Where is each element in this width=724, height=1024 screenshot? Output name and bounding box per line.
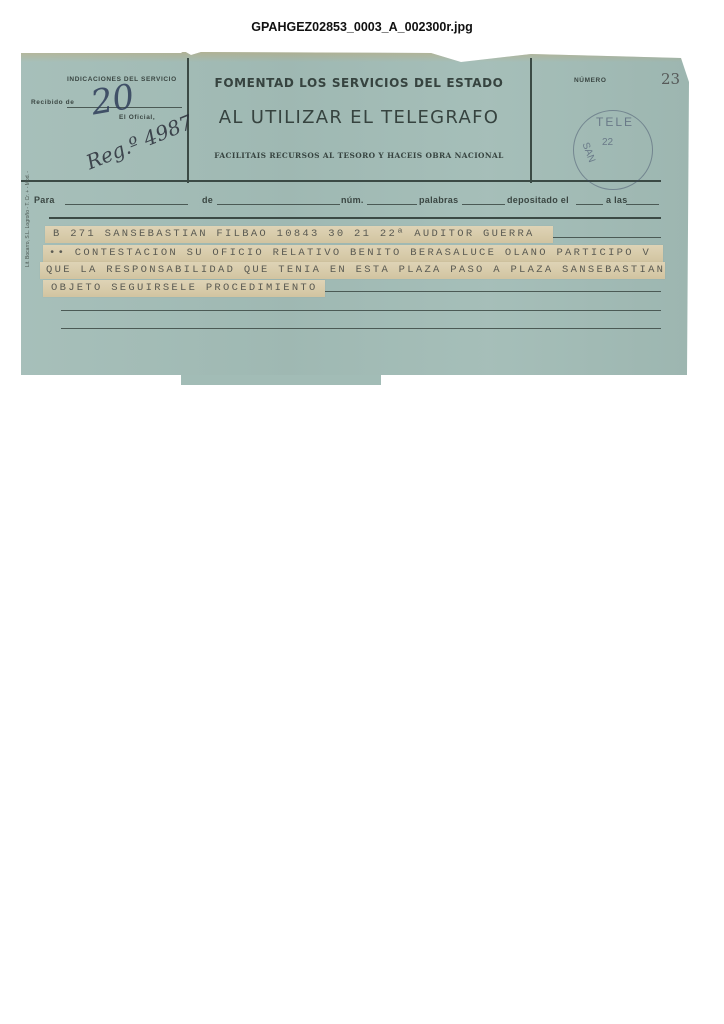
- header-line-1: FOMENTAD LOS SERVICIOS DEL ESTADO: [189, 76, 529, 90]
- depositado-line: [576, 204, 603, 205]
- message-rule-6: [61, 310, 661, 311]
- de-label: de: [202, 195, 213, 205]
- message-line-3: QUE LA RESPONSABILIDAD QUE TENIA EN ESTA…: [46, 264, 665, 276]
- a-las-label: a las: [606, 195, 628, 205]
- num-label: núm.: [341, 195, 364, 205]
- message-tape-4: OBJETO SEGUIRSELE PROCEDIMIENTO: [43, 280, 325, 297]
- message-rule-1: [49, 217, 661, 219]
- telegram-form: INDICACIONES DEL SERVICIO Recibido de El…: [21, 52, 689, 375]
- depositado-label: depositado el: [507, 195, 569, 205]
- num-line: [367, 204, 417, 205]
- message-rule-7: [61, 328, 661, 329]
- file-title: GPAHGEZ02853_0003_A_002300r.jpg: [0, 20, 724, 34]
- message-tape-3: QUE LA RESPONSABILIDAD QUE TENIA EN ESTA…: [40, 262, 665, 279]
- telegram-bottom-tab: [181, 375, 381, 385]
- palabras-label: palabras: [419, 195, 458, 205]
- message-tape-2: •• CONTESTACION SU OFICIO RELATIVO BENIT…: [43, 245, 663, 262]
- para-line: [65, 204, 188, 205]
- handwritten-number: 20: [88, 77, 138, 124]
- a-las-line: [626, 204, 659, 205]
- handwritten-number-value: 23: [661, 70, 680, 88]
- number-label: NÚMERO: [574, 77, 607, 84]
- message-line-2: •• CONTESTACION SU OFICIO RELATIVO BENIT…: [49, 247, 651, 259]
- header-block: FOMENTAD LOS SERVICIOS DEL ESTADO AL UTI…: [189, 52, 529, 182]
- stamp-middle-text: 22: [602, 137, 613, 148]
- message-line-4: OBJETO SEGUIRSELE PROCEDIMIENTO: [51, 282, 318, 294]
- header-line-3: FACILITAIS RECURSOS AL TESORO Y HACEIS O…: [189, 151, 529, 160]
- message-tape-1: B 271 SANSEBASTIAN FILBAO 10843 30 21 22…: [45, 226, 553, 243]
- stamp-top-text: TELE: [596, 115, 634, 129]
- para-label: Para: [34, 195, 55, 205]
- header-line-2: AL UTILIZAR EL TELEGRAFO: [189, 107, 529, 128]
- postmark-stamp: TELE 22 SAN: [573, 110, 653, 190]
- divider-right: [530, 58, 532, 183]
- printer-imprint: Lit. Bocarro, S.L. Logroño - T. Cr. + - …: [25, 171, 31, 267]
- palabras-line: [462, 204, 505, 205]
- message-line-1: B 271 SANSEBASTIAN FILBAO 10843 30 21 22…: [53, 228, 535, 240]
- stamp-side-text: SAN: [580, 141, 597, 164]
- received-from-label: Recibido de: [31, 99, 74, 106]
- de-line: [217, 204, 340, 205]
